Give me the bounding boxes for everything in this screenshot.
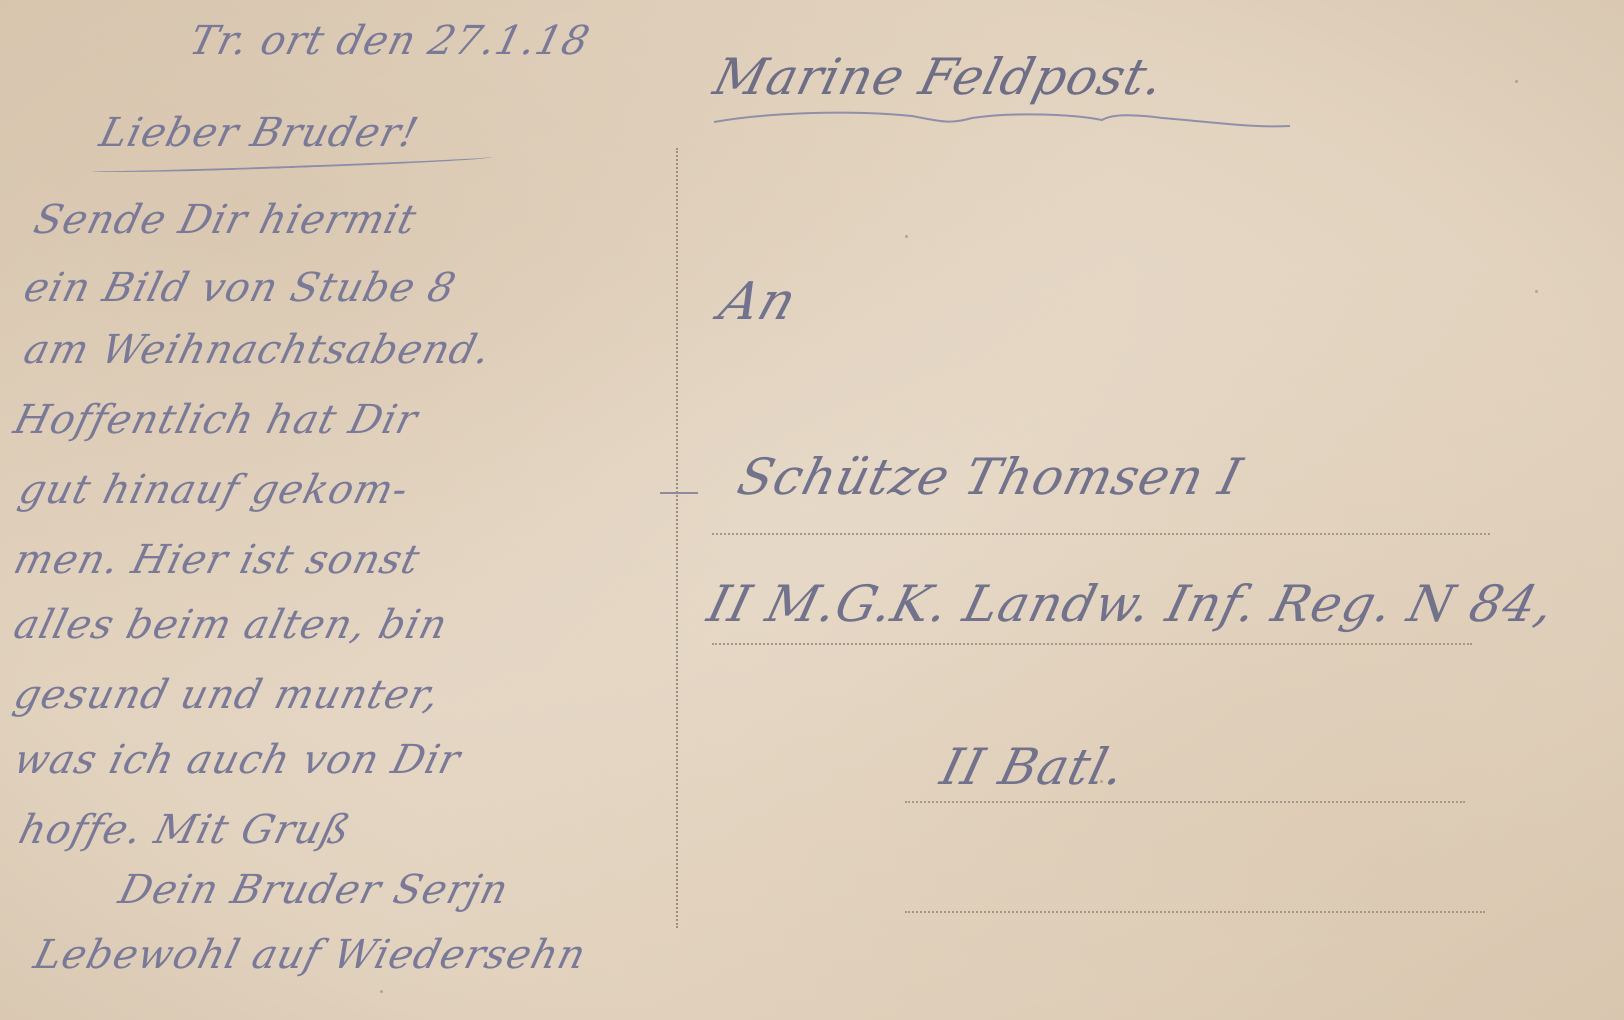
farewell-line: Lebewohl auf Wiedersehn (30, 935, 590, 975)
address-rule (905, 911, 1485, 913)
address-rule (905, 801, 1465, 803)
message-line: ein Bild von Stube 8 (20, 268, 460, 308)
feldpost-header: Marine Feldpost. (708, 48, 1170, 106)
message-line: Hoffentlich hat Dir (10, 400, 422, 440)
card-divider (676, 148, 678, 928)
postcard: Tr. ort den 27.1.18 Lieber Bruder! Sende… (0, 0, 1624, 1020)
message-line: am Weihnachtsabend. (20, 330, 495, 370)
to-label: An (712, 272, 805, 332)
address-line-name: Schütze Thomsen I (732, 448, 1248, 506)
signature-line: Dein Bruder Serjn (115, 870, 513, 910)
salutation: Lieber Bruder! (95, 110, 423, 156)
message-line: gesund und munter, (10, 675, 444, 715)
address-rule (712, 643, 1472, 645)
message-line: alles beim alten, bin (10, 605, 452, 645)
divider-tick-mark (660, 492, 698, 494)
dateline: Tr. ort den 27.1.18 (185, 18, 595, 64)
paper-speck (905, 235, 908, 238)
paper-speck (1515, 80, 1518, 83)
paper-speck (1535, 290, 1538, 293)
address-rule (712, 533, 1490, 535)
header-underline (712, 108, 1292, 128)
address-line-battalion: II Batl. (935, 738, 1131, 796)
message-line: Sende Dir hiermit (30, 200, 421, 240)
salutation-underline (92, 153, 492, 175)
message-line: gut hinauf gekom- (15, 470, 413, 510)
address-line-unit: II M.G.K. Landw. Inf. Reg. N 84, (702, 575, 1561, 633)
message-line: was ich auch von Dir (10, 740, 465, 780)
message-line: men. Hier ist sonst (10, 540, 424, 580)
paper-speck (380, 990, 383, 993)
message-line: hoffe. Mit Gruß (15, 810, 355, 850)
